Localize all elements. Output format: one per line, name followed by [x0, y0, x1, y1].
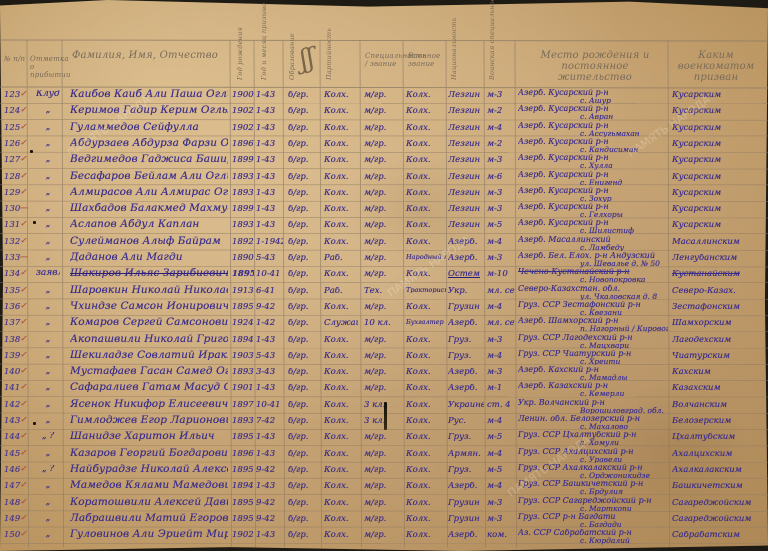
birthplace: Азерб. Кусарский р-н: [518, 105, 668, 113]
birthplace: Груз. ССР Цхалтубский р-н: [518, 431, 668, 439]
education: б/гр.: [288, 303, 318, 312]
nationality: Азерб.: [448, 368, 484, 377]
commissariat: Масаллинским: [672, 238, 766, 247]
education: б/гр.: [288, 433, 318, 442]
rank: Колх.: [406, 107, 446, 116]
check-mark: ✓: [20, 367, 28, 375]
nationality: Грузин: [448, 303, 484, 312]
specialty: м/гр.: [364, 352, 402, 361]
birthplace-village: с. Кандисиман: [580, 146, 668, 154]
specialty: м/гр.: [364, 303, 402, 312]
commissariat: Кусарским: [672, 124, 766, 133]
birthplace: Груз. ССР Зестафонский р-н: [518, 301, 668, 309]
nationality: Украинец: [448, 401, 484, 410]
full-name: Сафаралиев Гатам Масуд Оглы: [70, 382, 228, 393]
birth-year: 1902: [232, 107, 254, 116]
call-date: 3-43: [256, 368, 283, 377]
hdr-specialty: Специальность / звание: [365, 52, 405, 68]
party: Колх.: [324, 499, 358, 508]
full-name: Мустафаев Гасан Самед Оглы: [70, 366, 228, 377]
full-name: Шекиладзе Совлатий Ираклиевич: [70, 350, 228, 361]
military-specialty: м-4: [487, 352, 515, 361]
nationality: Лезгин: [448, 156, 484, 165]
commissariat: Цхалтубским: [672, 433, 766, 442]
arrival-note: „: [36, 139, 60, 148]
military-specialty: м-1: [487, 384, 515, 393]
military-specialty: м-3: [487, 254, 515, 263]
military-specialty: м-4: [487, 450, 515, 459]
education: б/гр.: [288, 417, 318, 426]
full-name: Абдурзаев Абдурза Фарзи Оглы: [70, 138, 228, 149]
arrival-note: „: [36, 351, 60, 360]
education: б/гр.: [288, 515, 318, 524]
commissariat: Сагареджойским: [672, 515, 766, 524]
rank: Колх.: [406, 466, 446, 475]
education: б/гр.: [288, 107, 318, 116]
birth-year: 1897: [232, 401, 254, 410]
arrival-note: „: [36, 188, 60, 197]
birthplace-village: с. Мамадлы: [580, 374, 668, 382]
nationality: Лезгин: [448, 189, 484, 198]
check-mark: ✓: [20, 90, 28, 98]
party: Служащ.: [324, 319, 358, 328]
rank: Колх.: [406, 499, 446, 508]
education: б/гр.: [288, 156, 318, 165]
rank: Колх.: [406, 189, 446, 198]
birth-year: 1900: [232, 91, 254, 100]
specialty: м/гр.: [364, 466, 402, 475]
call-date: 1-43: [256, 140, 283, 149]
birthplace-village: с. Енигенд: [580, 179, 668, 187]
rank: Колх.: [406, 140, 446, 149]
birthplace-village: с. Хомули: [580, 439, 668, 447]
rank: Колх.: [406, 515, 446, 524]
check-mark: ✓: [20, 123, 28, 131]
party: Колх.: [324, 352, 358, 361]
commissariat: Казахским: [672, 384, 766, 393]
check-mark: ✓: [20, 530, 28, 538]
check-mark: —: [20, 253, 28, 261]
nationality: Азерб.: [448, 319, 484, 328]
commissariat: Кахским: [672, 368, 766, 377]
nationality: Грузин: [448, 515, 484, 524]
commissariat: Зестафонским: [672, 303, 766, 312]
birthplace-village: с. Махалово: [580, 423, 668, 431]
full-name: Ведгимедов Гаджиса Башировна: [70, 154, 228, 165]
education: б/гр.: [288, 336, 318, 345]
birthplace-village: ул. Шевалье д. № 50: [580, 260, 668, 268]
hdr-military-spec: Воинская специальность: [488, 40, 496, 80]
commissariat: Шамхорским: [672, 319, 766, 328]
rank: Колх.: [406, 433, 446, 442]
arrival-note: „ ?: [36, 465, 60, 474]
military-specialty: м-3: [487, 156, 515, 165]
arrival-note: „ ?: [36, 432, 60, 441]
arrival-note: „: [36, 286, 60, 295]
party: Колх.: [324, 124, 358, 133]
education: б/гр.: [288, 140, 318, 149]
call-date: 1-43: [256, 336, 283, 345]
commissariat: Лагодехским: [672, 336, 766, 345]
birth-year: 1892: [232, 238, 254, 247]
birthplace: Груз. ССР Ахалкалакский р-н: [518, 464, 668, 472]
party: Колх.: [324, 482, 358, 491]
party: Колх.: [324, 417, 358, 426]
specialty: м/гр.: [364, 124, 402, 133]
check-mark: ✓: [20, 351, 28, 359]
birth-year: 1895: [232, 466, 254, 475]
call-date: 5-43: [256, 254, 283, 263]
full-name: Коратошвили Алексей Давидович: [70, 497, 228, 508]
birthplace: Азерб. Кусарский р-н: [518, 138, 668, 146]
hdr-call-date: Год и месяц призыва: [260, 40, 268, 80]
check-mark: ✓: [20, 514, 28, 522]
military-specialty: м-4: [487, 482, 515, 491]
education: б/гр.: [288, 173, 318, 182]
call-date: 9-42: [256, 303, 283, 312]
specialty: м/гр.: [364, 450, 402, 459]
birthplace: Азерб. Кусарский р-н: [518, 219, 668, 227]
birthplace-village: с. Уравели: [580, 456, 668, 464]
call-date: 1-43: [256, 433, 283, 442]
hdr-arrival: Отметка о прибытии: [30, 55, 70, 79]
rank: Колх.: [406, 450, 446, 459]
full-name: Бесафаров Бейлам Али Оглы: [70, 171, 228, 182]
military-specialty: м-3: [487, 205, 515, 214]
party: Колх.: [324, 336, 358, 345]
arrival-note: заявл.: [36, 269, 60, 278]
specialty: м/гр.: [364, 254, 402, 263]
birthplace: Укр. Волчанский р-н: [518, 399, 668, 407]
specialty: м/гр.: [364, 238, 402, 247]
ink-dot: [33, 422, 36, 425]
military-specialty: м-3: [487, 368, 515, 377]
education: б/гр.: [288, 401, 318, 410]
full-name: Мамедов Кялами Мамедович: [70, 480, 228, 491]
nationality: Азерб.: [448, 384, 484, 393]
full-name: Керимов Гадир Керим Оглы: [70, 105, 228, 116]
full-name: Найбурадзе Николай Алексеевич: [70, 464, 228, 475]
birth-year: 1902: [232, 124, 254, 133]
birthplace: Азерб. Кусарский р-н: [518, 89, 668, 97]
birthplace-village: с. Хулла: [580, 162, 668, 170]
military-specialty: м-3: [487, 499, 515, 508]
birth-year: 1895: [232, 433, 254, 442]
arrival-note: „: [36, 498, 60, 507]
nationality: Лезгин: [448, 205, 484, 214]
check-mark: ✓: [20, 335, 28, 343]
military-specialty: м-3: [487, 189, 515, 198]
call-date: 1-43: [256, 482, 283, 491]
nationality: Азерб.: [448, 254, 484, 263]
nationality: Лезгин: [448, 91, 484, 100]
military-specialty: ст. 4: [487, 401, 515, 410]
commissariat: Волчанским: [672, 401, 766, 410]
rank: Колх.: [406, 173, 446, 182]
party: Колх.: [324, 107, 358, 116]
check-mark: ✓: [20, 302, 28, 310]
commissariat: Ахалкалакским: [672, 466, 766, 475]
nationality: Лезгин: [448, 124, 484, 133]
full-name: Гимлоджев Егор Ларионович: [70, 415, 228, 426]
pin-artifact: [384, 402, 387, 430]
birth-year: 1899: [232, 205, 254, 214]
check-mark: ✓: [20, 106, 28, 114]
birthplace-village: с. Ламбеду: [580, 244, 668, 252]
birth-year: 1901: [232, 384, 254, 393]
military-specialty: м-10: [487, 270, 515, 279]
nationality: Груз.: [448, 352, 484, 361]
military-specialty: м-6: [487, 173, 515, 182]
birth-year: 1895: [232, 499, 254, 508]
birthplace: Азерб. Кусарский р-н: [518, 187, 668, 195]
birthplace-village: с. Зохур: [580, 195, 668, 203]
full-name: Даданов Али Магди: [70, 252, 228, 263]
check-mark: ✓: [20, 449, 28, 457]
birth-year: 1899: [232, 156, 254, 165]
arrival-note: „: [36, 514, 60, 523]
check-mark: ✓: [20, 139, 28, 147]
call-date: 1-43: [256, 156, 283, 165]
arrival-note: „: [36, 155, 60, 164]
full-name: Комаров Сергей Самсонович: [70, 317, 228, 328]
commissariat: Ленгубанским: [672, 254, 766, 263]
specialty: м/гр.: [364, 515, 402, 524]
call-date: 1-43: [256, 189, 283, 198]
birth-year: 1894: [232, 336, 254, 345]
education: б/гр.: [288, 384, 318, 393]
arrival-note: „: [36, 367, 60, 376]
call-date: 1-43: [256, 205, 283, 214]
ink-dot: [30, 150, 33, 153]
party: Раб.: [324, 287, 358, 296]
rank: Колх.: [406, 531, 446, 540]
nationality: Лезгин: [448, 107, 484, 116]
nationality: Укр.: [448, 287, 484, 296]
check-mark: ✓: [20, 188, 28, 196]
nationality: Азерб.: [448, 482, 484, 491]
specialty: м/гр.: [364, 189, 402, 198]
commissariat: Кусарским: [672, 205, 766, 214]
full-name: Акопашвили Николай Григорьевич: [70, 334, 228, 345]
specialty: м/гр.: [364, 205, 402, 214]
education: б/гр.: [288, 482, 318, 491]
commissariat: Белозерским: [672, 417, 766, 426]
education: б/гр.: [288, 205, 318, 214]
rank: Колх.: [406, 384, 446, 393]
full-name: Сулейманов Алыф Байрам: [70, 236, 228, 247]
call-date: 1-43: [256, 107, 283, 116]
education: б/гр.: [288, 270, 318, 279]
call-date: 1-42: [256, 319, 283, 328]
birthplace-village: с. Квезани: [580, 309, 668, 317]
arrival-note: „: [36, 416, 60, 425]
rank: Колх.: [406, 124, 446, 133]
call-date: 9-42: [256, 466, 283, 475]
full-name: Лабрашвили Матий Егорович: [70, 513, 228, 524]
party: Колх.: [324, 189, 358, 198]
military-specialty: м-2: [487, 107, 515, 116]
nationality: Лезгин: [448, 221, 484, 230]
full-name: Аслапов Абдул Каплан: [70, 219, 228, 230]
arrival-note: „: [36, 172, 60, 181]
nationality: Грузин: [448, 499, 484, 508]
education: б/гр.: [288, 319, 318, 328]
specialty: м/гр.: [364, 140, 402, 149]
arrival-note: „: [36, 123, 60, 132]
party: Колх.: [324, 368, 358, 377]
hdr-nationality: Национальность: [450, 40, 458, 80]
rank: Бухгалтер: [406, 319, 446, 326]
specialty: м/гр.: [364, 336, 402, 345]
call-date: 1-43: [256, 91, 283, 100]
call-date: 1-43: [256, 221, 283, 230]
specialty: Тех.: [364, 287, 402, 296]
party: Колх.: [324, 384, 358, 393]
birth-year: 1893: [232, 173, 254, 182]
commissariat: Кусарским: [672, 221, 766, 230]
birth-year: 1893: [232, 189, 254, 198]
commissariat: Кусарским: [672, 189, 766, 198]
check-mark: ✓: [20, 481, 28, 489]
hdr-commissariat: Каким военкоматом призван: [676, 50, 756, 83]
birth-year: 1890: [232, 254, 254, 263]
rank: Колх.: [406, 270, 446, 279]
specialty: м/гр.: [364, 482, 402, 491]
military-specialty: м-3: [487, 336, 515, 345]
birthplace-village: с. Ашур: [580, 97, 668, 105]
full-name: Ясенок Никифор Елисеевич: [70, 399, 228, 410]
commissariat: Кусарским: [672, 173, 766, 182]
birthplace: Северо-Казахстан. обл.: [518, 285, 668, 293]
education: б/гр.: [288, 368, 318, 377]
party: Колх.: [324, 156, 358, 165]
commissariat: Кусарским: [672, 91, 766, 100]
arrival-note: „: [36, 237, 60, 246]
full-name: Гуламмедов Сейфулла: [70, 122, 228, 133]
check-mark: ✓: [20, 432, 28, 440]
check-mark: —: [20, 204, 28, 212]
commissariat: Сабрабатским: [672, 531, 766, 540]
nationality: Груз.: [448, 466, 484, 475]
birth-year: 1895: [232, 303, 254, 312]
specialty: м/гр.: [364, 433, 402, 442]
arrival-note: „: [36, 220, 60, 229]
rank: Колх.: [406, 91, 446, 100]
birth-year: 1903: [232, 352, 254, 361]
commissariat: Чиатурским: [672, 352, 766, 361]
rank: Колх.: [406, 368, 446, 377]
commissariat: Сагареджойским: [672, 499, 766, 508]
specialty: м/гр.: [364, 499, 402, 508]
party: Колх.: [324, 91, 358, 100]
military-specialty: м-5: [487, 433, 515, 442]
check-mark: ✓: [20, 400, 28, 408]
party: Колх.: [324, 450, 358, 459]
education: б/гр.: [288, 531, 318, 540]
birthplace-village: с. Новопокровка: [580, 276, 668, 284]
call-date: 5-43: [256, 352, 283, 361]
party: Колх.: [324, 515, 358, 524]
party: Колх.: [324, 303, 358, 312]
birthplace-village: Ворошиловград. обл.: [580, 407, 668, 415]
call-date: 1-43: [256, 531, 283, 540]
education: б/гр.: [288, 124, 318, 133]
call-date: 1-43: [256, 173, 283, 182]
rank: Колх.: [406, 156, 446, 165]
birthplace: Азерб. Бел. Елох. р-н Андузский: [518, 252, 668, 260]
nationality: Азерб.: [448, 531, 484, 540]
hdr-birth-year: Год рождения: [236, 40, 244, 80]
specialty: 3 кл.: [364, 401, 402, 410]
rank: Колх.: [406, 238, 446, 247]
party: Колх.: [324, 531, 358, 540]
check-mark: ✓: [20, 172, 28, 180]
check-mark: ✓: [20, 269, 28, 277]
birth-year: 1894: [232, 482, 254, 491]
ink-dot: [33, 221, 36, 224]
education: б/гр.: [288, 287, 318, 296]
education: б/гр.: [288, 450, 318, 459]
nationality: Азерб.: [448, 238, 484, 247]
education: б/гр.: [288, 238, 318, 247]
nationality: Груз.: [448, 433, 484, 442]
birthplace-village: п. Нагорный / Кировоград: [580, 325, 668, 333]
rank: Колх.: [406, 221, 446, 230]
hdr-party: Партийность: [325, 40, 333, 80]
specialty: м/гр.: [364, 384, 402, 393]
full-name: Шанидзе Харитон Ильич: [70, 431, 228, 442]
education: б/гр.: [288, 466, 318, 475]
hdr-education: Образование: [288, 40, 296, 80]
military-specialty: м-4: [487, 124, 515, 133]
specialty: м/гр.: [364, 221, 402, 230]
military-specialty: мл. сер.: [487, 319, 515, 328]
check-mark: ✓: [20, 318, 28, 326]
commissariat: Кусарским: [672, 156, 766, 165]
military-specialty: м-4: [487, 303, 515, 312]
arrival-note: „: [36, 530, 60, 539]
call-date: 9-42: [256, 515, 283, 524]
birthplace-village: с. Хреити: [580, 358, 668, 366]
military-specialty: м-3: [487, 91, 515, 100]
check-mark: ✓: [20, 465, 28, 473]
check-mark: ✓: [20, 220, 28, 228]
full-name: Алмирасов Али Алмирас Оглы: [70, 187, 228, 198]
military-specialty: м-4: [487, 417, 515, 426]
check-mark: ✓: [20, 237, 28, 245]
commissariat: Кусарским: [672, 107, 766, 116]
birthplace: Азерб. Кусарский р-н: [518, 122, 668, 130]
birthplace: Азерб. Шамхорский р-н: [518, 317, 668, 325]
arrival-note: „: [36, 253, 60, 262]
birthplace-village: с. Гелхоры: [580, 211, 668, 219]
birthplace: Ленин. обл. Белозерский р-н: [518, 415, 668, 423]
specialty: м/гр.: [364, 91, 402, 100]
call-date: 1-43: [256, 124, 283, 133]
arrival-note: „: [36, 302, 60, 311]
call-date: 1-1942: [256, 238, 283, 247]
commissariat: Кусарским: [672, 140, 766, 149]
call-date: 10-41: [256, 270, 283, 279]
check-mark: ✓: [20, 383, 28, 391]
birth-year: 1893: [232, 417, 254, 426]
military-specialty: м-4: [487, 238, 515, 247]
specialty: м/гр.: [364, 531, 402, 540]
military-specialty: м-5: [487, 466, 515, 475]
rank: Колх.: [406, 336, 446, 345]
birthplace: Груз. ССР Башкичетский р-н: [518, 480, 668, 488]
